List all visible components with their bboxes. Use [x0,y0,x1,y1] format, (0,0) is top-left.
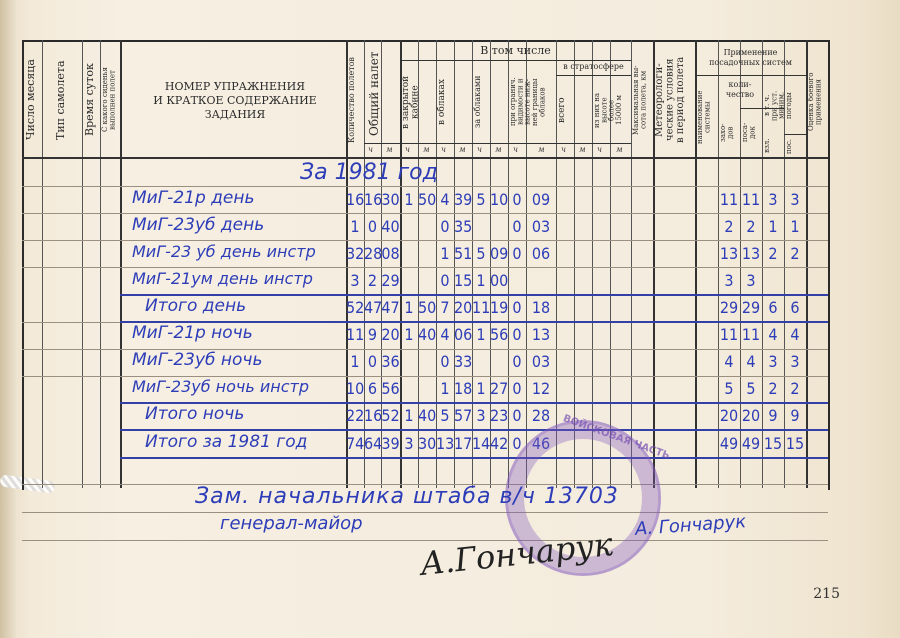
cell-landings: 11 [740,325,762,344]
row-rule [22,186,828,187]
cell-clouds-h: 13 [436,434,454,453]
row-label: МиГ-23уб день [132,215,264,235]
cell-min-landing: 1 [784,217,806,236]
header-min-takeoffs: взл. [764,136,782,156]
cell-min-takeoff: 6 [762,298,784,317]
unit-minutes: м [538,145,545,154]
cell-landings: 4 [740,352,762,371]
cell-min-takeoff: 2 [762,379,784,398]
cell-total-m: 56 [381,379,400,398]
unit-minutes: м [616,145,623,154]
cell-approaches: 29 [718,298,740,317]
total-separator [120,457,828,459]
cell-total-h: 9 [364,325,381,344]
cell-min-takeoff: 4 [762,325,784,344]
stratosphere-group-rule [556,75,631,76]
cell-landings: 49 [740,434,762,453]
cell-lim-h: 0 [508,190,526,209]
cell-clouds-h: 4 [436,190,454,209]
cell-landings: 13 [740,244,762,263]
cell-total-h: 64 [364,434,381,453]
cell-total-m: 40 [381,217,400,236]
header-time-of-day: Время суток [84,50,98,150]
header-combat-score: Оценка боевого применения [808,48,826,156]
cell-min-takeoff: 3 [762,190,784,209]
cell-clouds-m: 17 [454,434,472,453]
cell-flights: 1 [346,217,364,236]
row-label-total: Итого ночь [145,404,244,424]
header-flights-count: Количество полетов [348,45,362,155]
header-total-time: Общий налет [368,48,396,140]
row-rule [22,213,828,214]
cell-clouds-m: 51 [454,244,472,263]
cell-min-landing: 3 [784,352,806,371]
cell-landings: 20 [740,406,762,425]
cell-lim-h: 0 [508,352,526,371]
cell-flights: 3 [346,271,364,290]
signatory-position: Зам. начальника штаба в/ч 13703 [195,484,619,509]
cell-approaches: 13 [718,244,740,263]
landing-group-rule [695,75,806,76]
cell-flights: 11 [346,325,364,344]
cell-lim-m: 03 [526,352,556,371]
cell-flights: 16 [346,190,364,209]
cell-above-m: 10 [490,190,508,209]
cell-total-m: 08 [381,244,400,263]
cell-lim-h: 0 [508,244,526,263]
cell-approaches: 3 [718,271,740,290]
cell-approaches: 5 [718,379,740,398]
cell-lim-m: 28 [526,406,556,425]
unit-minutes: м [495,145,502,154]
unit-hours: ч [405,145,410,154]
col-divider [120,40,122,488]
min-weather-rule [784,134,806,135]
unit-hours: ч [477,145,482,154]
cell-total-h: 6 [364,379,381,398]
cell-total-h: 47 [364,298,381,317]
cell-closed-h: 1 [400,190,418,209]
cell-above-h: 11 [472,298,490,317]
cell-clouds-m: 35 [454,217,472,236]
cell-above-h: 1 [472,325,490,344]
cell-clouds-m: 06 [454,325,472,344]
row-label: МиГ-23уб ночь инстр [132,377,309,396]
cell-lim-h: 0 [508,325,526,344]
cell-above-m: 42 [490,434,508,453]
cell-above-h: 3 [472,406,490,425]
cell-min-landing: 15 [784,434,806,453]
cell-closed-h: 1 [400,298,418,317]
page-binding-edge [0,0,18,638]
cell-lim-m: 13 [526,325,556,344]
cell-min-landing: 9 [784,406,806,425]
cell-landings: 11 [740,190,762,209]
cell-total-h: 0 [364,352,381,371]
cell-clouds-m: 33 [454,352,472,371]
cell-landings: 3 [740,271,762,290]
unit-hours: ч [513,145,518,154]
unit-minutes: м [459,145,466,154]
cell-closed-m: 40 [418,325,436,344]
cell-clouds-h: 0 [436,271,454,290]
cell-closed-m: 30 [418,434,436,453]
header-min-weather: в т. ч. при уст. миним. погоды [764,78,804,133]
total-separator [120,429,828,431]
cell-min-takeoff: 2 [762,244,784,263]
cell-min-landing: 2 [784,244,806,263]
cell-approaches: 4 [718,352,740,371]
row-label-total: Итого день [145,296,246,316]
cell-landings: 5 [740,379,762,398]
cell-above-m: 00 [490,271,508,290]
cell-flights: 22 [346,406,364,425]
cell-closed-h: 1 [400,406,418,425]
cell-approaches: 11 [718,325,740,344]
row-label: МиГ-21ум день инстр [132,269,313,288]
cell-clouds-m: 15 [454,271,472,290]
cell-approaches: 11 [718,190,740,209]
cell-total-h: 0 [364,217,381,236]
cell-closed-h: 3 [400,434,418,453]
header-limited-visibility: при огранич. видимости и высоте ниж- ней… [510,63,554,141]
cell-min-takeoff: 15 [762,434,784,453]
cell-flights: 32 [346,244,364,263]
cell-lim-m: 09 [526,190,556,209]
cell-clouds-h: 0 [436,217,454,236]
cell-clouds-h: 5 [436,406,454,425]
cell-clouds-h: 4 [436,325,454,344]
cell-closed-m: 50 [418,298,436,317]
units-rule [364,143,631,144]
cell-lim-h: 0 [508,217,526,236]
cell-landings: 29 [740,298,762,317]
row-rule [22,240,828,241]
cell-flights: 74 [346,434,364,453]
unit-hours: ч [441,145,446,154]
header-seat: С какого сиденья выполнен полет [102,50,118,150]
cell-min-landing: 6 [784,298,806,317]
cell-lim-m: 12 [526,379,556,398]
row-label: МиГ-23 уб день инстр [132,242,316,261]
cell-above-h: 5 [472,244,490,263]
cell-above-m: 09 [490,244,508,263]
header-landing-group: Применение посадочных систем [695,48,806,68]
cell-total-h: 16 [364,190,381,209]
header-max-altitude: Максимальная вы- сота полета, км [633,45,651,155]
header-above-clouds: за облаками [474,63,508,141]
cell-approaches: 49 [718,434,740,453]
header-exercise: НОМЕР УПРАЖНЕНИЯ И КРАТКОЕ СОДЕРЖАНИЕ ЗА… [130,80,340,121]
cell-closed-m: 50 [418,190,436,209]
header-strat-15000: из них на высоте более 15000 м [594,80,630,140]
header-min-landings: пос. [786,136,804,156]
cell-min-landing: 4 [784,325,806,344]
header-including-group: В том числе [400,44,631,58]
cell-flights: 52 [346,298,364,317]
row-rule [22,267,828,268]
cell-lim-h: 0 [508,298,526,317]
cell-above-m: 56 [490,325,508,344]
cell-flights: 1 [346,352,364,371]
header-day-of-month: Число месяца [25,50,39,150]
cell-clouds-m: 57 [454,406,472,425]
col-divider [42,40,43,488]
header-strat-total: всего [558,80,590,140]
cell-landings: 2 [740,217,762,236]
unit-hours: ч [561,145,566,154]
cell-above-m: 23 [490,406,508,425]
cell-lim-h: 0 [508,379,526,398]
cell-lim-m: 18 [526,298,556,317]
cell-total-m: 52 [381,406,400,425]
cell-min-takeoff: 9 [762,406,784,425]
page-number: 215 [813,586,840,602]
unit-minutes: м [386,145,393,154]
row-label-total: Итого за 1981 год [145,432,307,452]
cell-total-m: 20 [381,325,400,344]
header-system-name: наименование системы [697,80,717,155]
cell-clouds-h: 0 [436,352,454,371]
unit-hours: ч [597,145,602,154]
cell-above-m: 27 [490,379,508,398]
cell-clouds-h: 1 [436,244,454,263]
cell-min-takeoff: 3 [762,352,784,371]
cell-above-h: 5 [472,190,490,209]
cell-approaches: 2 [718,217,740,236]
cell-total-h: 28 [364,244,381,263]
including-group-rule [400,60,631,61]
cell-lim-m: 06 [526,244,556,263]
header-bottom-rule [22,157,828,159]
row-label: МиГ-23уб ночь [132,350,262,370]
unit-hours: ч [368,145,373,154]
cell-min-takeoff: 1 [762,217,784,236]
cell-above-h: 14 [472,434,490,453]
cell-lim-h: 0 [508,406,526,425]
header-weather: Метеорологи- ческие условия в период пол… [655,45,693,155]
cell-clouds-m: 39 [454,190,472,209]
cell-above-m: 19 [490,298,508,317]
signatory-rank: генерал-майор [220,513,363,534]
header-approaches: захо- дов [720,110,738,155]
header-aircraft-type: Тип самолета [55,50,69,150]
cell-clouds-m: 20 [454,298,472,317]
cell-flights: 10 [346,379,364,398]
cell-approaches: 20 [718,406,740,425]
cell-total-m: 29 [381,271,400,290]
cell-min-landing: 3 [784,190,806,209]
unit-minutes: м [579,145,586,154]
cell-closed-h: 1 [400,325,418,344]
cell-lim-m: 03 [526,217,556,236]
header-in-clouds: в облаках [438,63,472,141]
cell-above-h: 1 [472,271,490,290]
cell-above-h: 1 [472,379,490,398]
header-landings: поса- док [742,110,760,155]
cell-total-m: 30 [381,190,400,209]
cell-clouds-h: 7 [436,298,454,317]
cell-clouds-m: 18 [454,379,472,398]
cell-closed-m: 40 [418,406,436,425]
cell-total-m: 36 [381,352,400,371]
unit-minutes: м [423,145,430,154]
row-rule [22,540,828,541]
section-title: За 1981 год [300,160,438,185]
row-label: МиГ-21р ночь [132,323,253,343]
header-quantity: коли- чество [718,80,762,100]
header-stratosphere-group: в стратосфере [556,62,631,72]
cell-min-landing: 2 [784,379,806,398]
cell-total-m: 47 [381,298,400,317]
row-label: МиГ-21р день [132,188,255,208]
header-closed-cabin: в закрытой кабине [402,63,436,141]
cell-clouds-h: 1 [436,379,454,398]
cell-total-m: 39 [381,434,400,453]
cell-total-h: 2 [364,271,381,290]
cell-total-h: 16 [364,406,381,425]
